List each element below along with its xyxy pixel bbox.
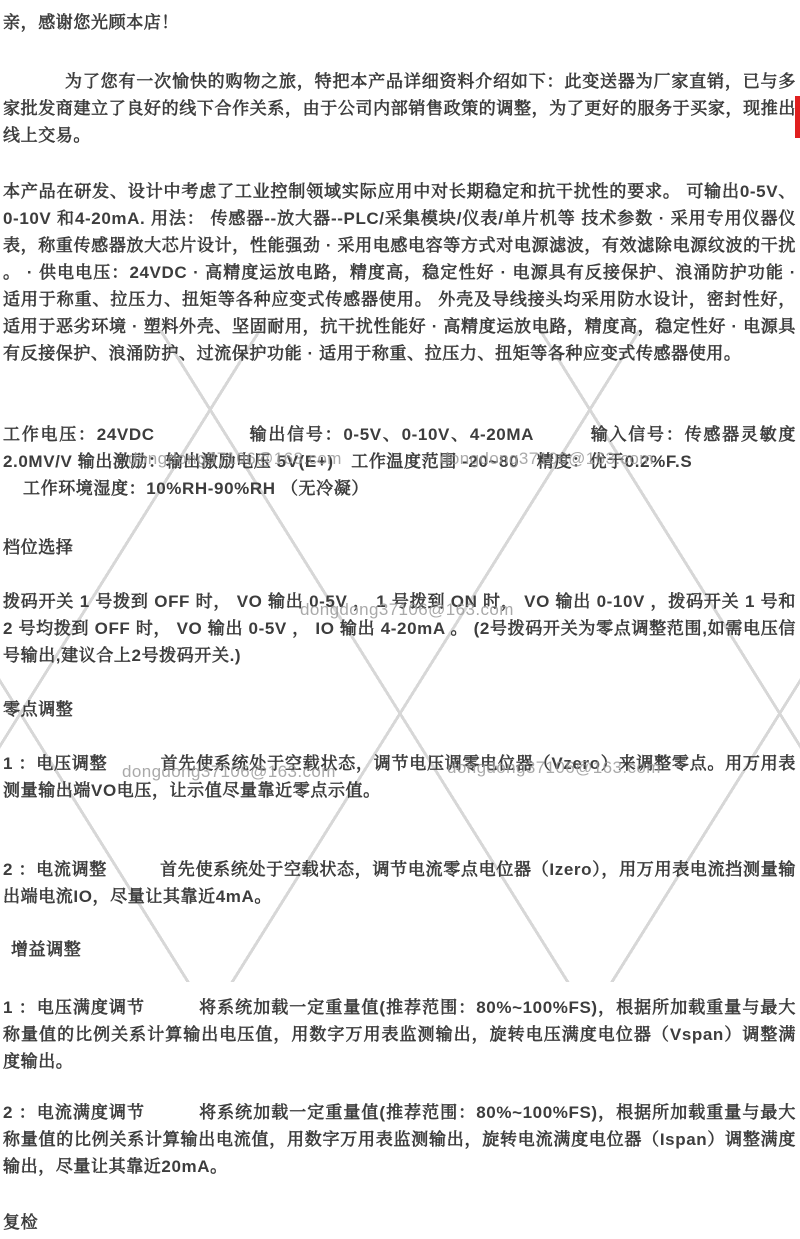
intro-paragraph: 为了您有一次愉快的购物之旅，特把本产品详细资料介绍如下：此变送器为厂家直销，已与…	[3, 68, 796, 149]
zero-adjustment-voltage-paragraph: 1 ：电压调整 首先使系统处于空载状态，调节电压调零电位器（Vzero）来调整零…	[3, 750, 796, 804]
zero-adjustment-current-paragraph: 2 ：电流调整 首先使系统处于空载状态，调节电流零点电位器（Izero），用万用…	[3, 856, 796, 910]
section-title-gain-adjustment: 增益调整	[3, 936, 796, 963]
section-title-gear-selection: 档位选择	[3, 534, 796, 561]
product-description-page: 亲，感谢您光顾本店！ 为了您有一次愉快的购物之旅，特把本产品详细资料介绍如下：此…	[0, 0, 800, 1239]
gain-adjustment-current-paragraph: 2 ：电流满度调节 将系统加载一定重量值(推荐范围：80%~100%FS)，根据…	[3, 1099, 796, 1180]
section-title-recheck: 复检	[3, 1209, 796, 1236]
greeting-text: 亲，感谢您光顾本店！	[3, 9, 796, 36]
gain-adjustment-voltage-paragraph: 1 ：电压满度调节 将系统加载一定重量值(推荐范围：80%~100%FS)，根据…	[3, 994, 796, 1075]
section-title-zero-adjustment: 零点调整	[3, 696, 796, 723]
specs-humidity-line: 工作环境湿度：10%RH-90%RH （无冷凝）	[3, 475, 796, 502]
red-edge-marker	[795, 96, 800, 138]
product-description-paragraph: 本产品在研发、设计中考虑了工业控制领域实际应用中对长期稳定和抗干扰性的要求。 可…	[3, 178, 796, 367]
specs-line: 工作电压：24VDC 输出信号：0-5V、0-10V、4-20MA 输入信号：传…	[3, 421, 796, 475]
gear-selection-paragraph: 拨码开关 1 号拨到 OFF 时， VO 输出 0-5V ， 1 号拨到 ON …	[3, 588, 796, 669]
